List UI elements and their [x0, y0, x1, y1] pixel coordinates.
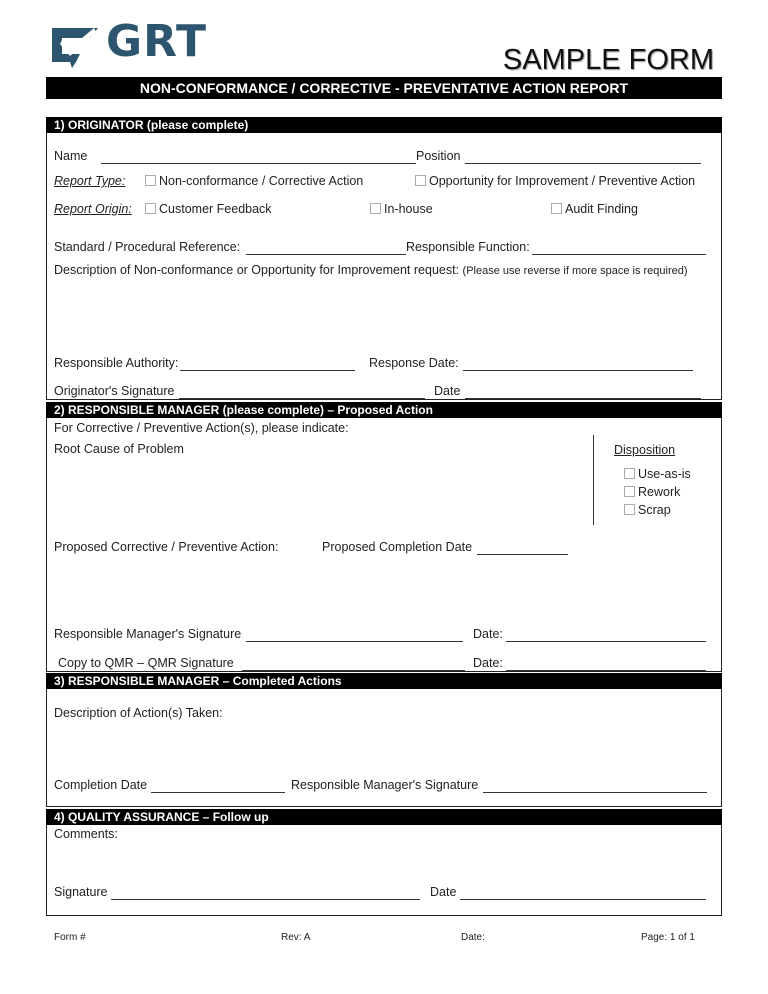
disposition-label: Disposition: [614, 443, 675, 457]
proposed-action-label: Proposed Corrective / Preventive Action:: [54, 540, 278, 554]
section-4-box: Comments: Signature Date: [46, 825, 722, 916]
description-note: (Please use reverse if more space is req…: [463, 265, 688, 277]
qmr-date-field[interactable]: [506, 670, 706, 671]
section-2-heading: 2) RESPONSIBLE MANAGER (please complete)…: [46, 402, 722, 418]
qa-date-label: Date: [430, 885, 456, 899]
sample-form-label: SAMPLE FORM: [503, 44, 714, 77]
responsible-authority-field[interactable]: [180, 370, 355, 371]
section-3-heading: 3) RESPONSIBLE MANAGER – Completed Actio…: [46, 673, 722, 689]
position-field[interactable]: [465, 163, 701, 164]
qa-signature-field[interactable]: [111, 899, 420, 900]
originator-date-field[interactable]: [465, 398, 701, 399]
section-3-box: Description of Action(s) Taken: Completi…: [46, 689, 722, 807]
description-field[interactable]: [54, 283, 714, 353]
manager-signature-label: Responsible Manager's Signature: [54, 627, 241, 641]
footer-date: Date:: [461, 932, 485, 943]
report-origin-label: Report Origin:: [54, 202, 132, 216]
standard-reference-field[interactable]: [246, 254, 406, 255]
manager-signature-field[interactable]: [246, 641, 463, 642]
checkbox-icon[interactable]: [415, 175, 426, 186]
proposed-action-field[interactable]: [54, 560, 714, 620]
completed-manager-signature-field[interactable]: [483, 792, 707, 793]
checkbox-icon[interactable]: [551, 203, 562, 214]
report-type-label: Report Type:: [54, 174, 125, 188]
responsible-function-field[interactable]: [532, 254, 706, 255]
originator-signature-label: Originator's Signature: [54, 384, 175, 398]
report-type-nonconformance-option[interactable]: Non-conformance / Corrective Action: [145, 174, 363, 188]
qmr-signature-label: Copy to QMR – QMR Signature: [58, 656, 234, 670]
responsible-authority-label: Responsible Authority:: [54, 356, 178, 370]
checkbox-icon[interactable]: [624, 468, 635, 479]
disposition-use-as-is-option[interactable]: Use-as-is: [624, 467, 691, 481]
checkbox-icon[interactable]: [370, 203, 381, 214]
qa-signature-label: Signature: [54, 885, 108, 899]
checkbox-icon[interactable]: [145, 203, 156, 214]
section-1-heading: 1) ORIGINATOR (please complete): [46, 117, 722, 133]
standard-reference-label: Standard / Procedural Reference:: [54, 240, 240, 254]
footer-page: Page: 1 of 1: [641, 932, 695, 943]
proposed-completion-label: Proposed Completion Date: [322, 540, 472, 554]
report-type-improvement-option[interactable]: Opportunity for Improvement / Preventive…: [415, 174, 695, 188]
originator-date-label: Date: [434, 384, 460, 398]
qa-date-field[interactable]: [460, 899, 706, 900]
actions-taken-field[interactable]: [54, 725, 714, 773]
disposition-scrap-option[interactable]: Scrap: [624, 503, 671, 517]
checkbox-icon[interactable]: [624, 486, 635, 497]
root-cause-field[interactable]: [54, 460, 584, 530]
footer-form-number: Form #: [54, 932, 86, 943]
report-origin-inhouse-option[interactable]: In-house: [370, 202, 433, 216]
footer-revision: Rev: A: [281, 932, 310, 943]
response-date-field[interactable]: [463, 370, 693, 371]
completion-date-label: Completion Date: [54, 778, 147, 792]
manager-date-label: Date:: [473, 627, 503, 641]
company-logo: GRT: [50, 22, 210, 70]
logo-text: GRT: [106, 16, 207, 67]
checkbox-icon[interactable]: [624, 504, 635, 515]
report-origin-customer-option[interactable]: Customer Feedback: [145, 202, 272, 216]
qmr-date-label: Date:: [473, 656, 503, 670]
report-origin-audit-option[interactable]: Audit Finding: [551, 202, 638, 216]
root-cause-label: Root Cause of Problem: [54, 442, 184, 456]
proposed-completion-field[interactable]: [477, 554, 568, 555]
comments-label: Comments:: [54, 827, 118, 841]
originator-signature-field[interactable]: [179, 398, 425, 399]
actions-taken-label: Description of Action(s) Taken:: [54, 706, 223, 720]
manager-date-field[interactable]: [506, 641, 706, 642]
description-label: Description of Non-conformance or Opport…: [54, 263, 688, 277]
disposition-rework-option[interactable]: Rework: [624, 485, 680, 499]
response-date-label: Response Date:: [369, 356, 459, 370]
qmr-signature-field[interactable]: [242, 670, 465, 671]
section-1-box: Name Position Report Type: Non-conforman…: [46, 133, 722, 400]
name-label: Name: [54, 149, 87, 163]
responsible-function-label: Responsible Function:: [406, 240, 530, 254]
completed-manager-signature-label: Responsible Manager's Signature: [291, 778, 478, 792]
section-4-heading: 4) QUALITY ASSURANCE – Follow up: [46, 809, 722, 825]
section-2-box: For Corrective / Preventive Action(s), p…: [46, 418, 722, 672]
name-field[interactable]: [101, 163, 416, 164]
checkmark-logo-icon: [50, 24, 100, 68]
completion-date-field[interactable]: [151, 792, 285, 793]
form-title: NON-CONFORMANCE / CORRECTIVE - PREVENTAT…: [46, 77, 722, 99]
position-label: Position: [416, 149, 460, 163]
checkbox-icon[interactable]: [145, 175, 156, 186]
corrective-intro: For Corrective / Preventive Action(s), p…: [54, 421, 349, 435]
comments-field[interactable]: [54, 845, 714, 885]
disposition-divider: [593, 435, 594, 525]
